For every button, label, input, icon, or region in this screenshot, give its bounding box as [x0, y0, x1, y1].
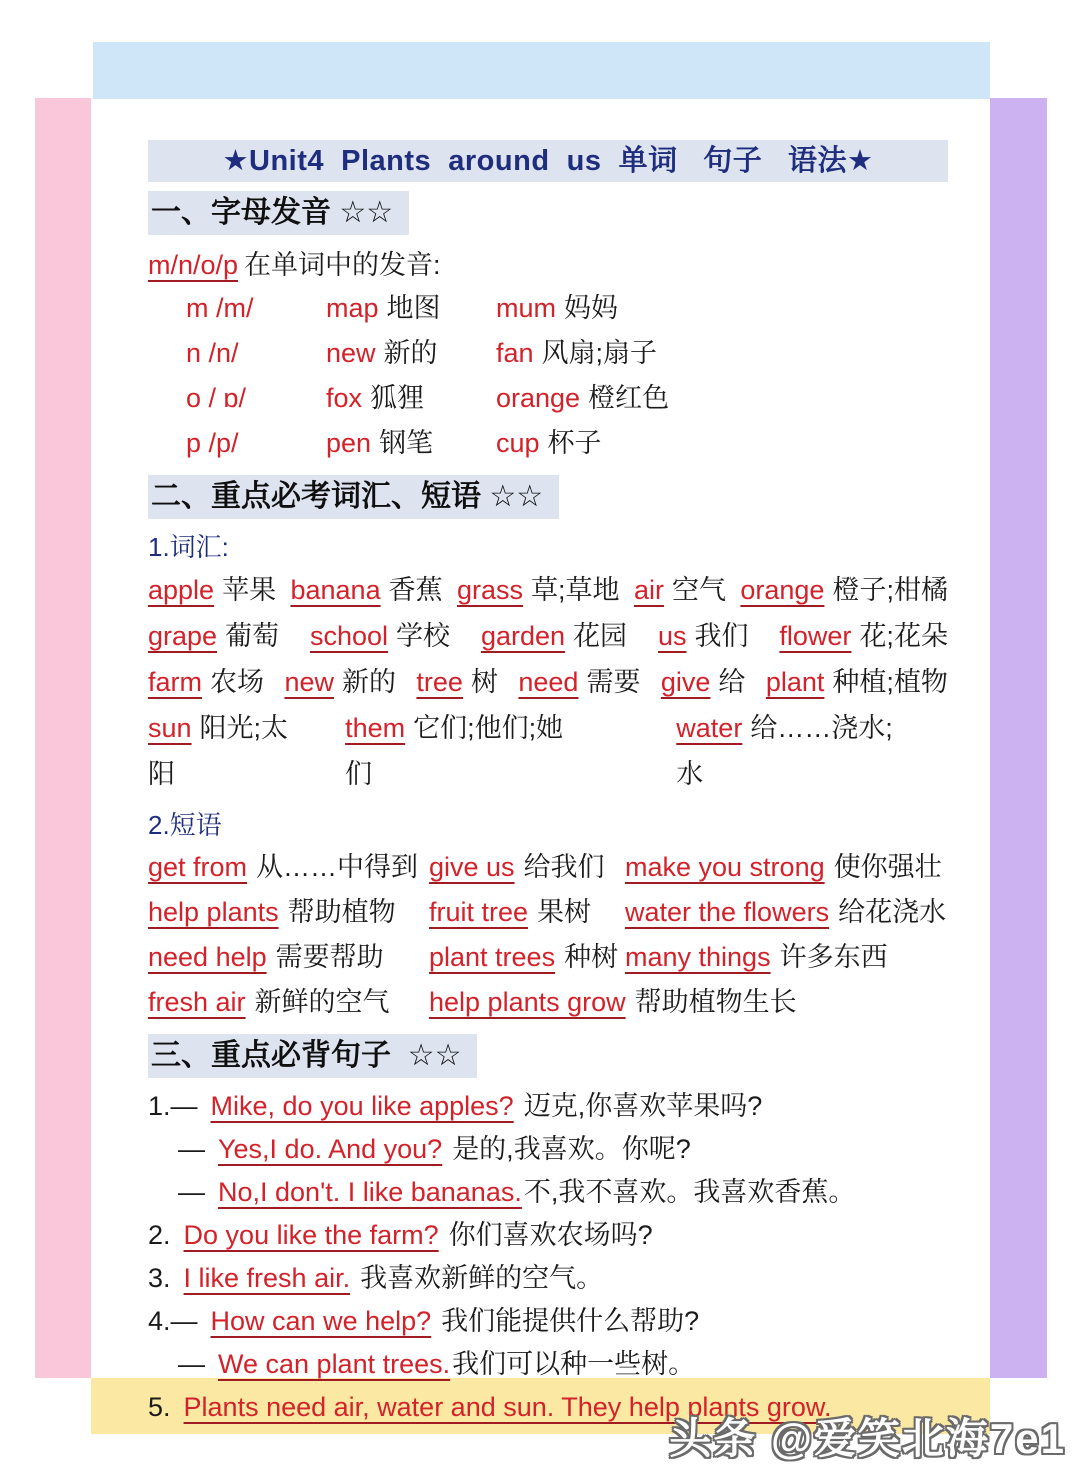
- word-en: air: [634, 575, 664, 605]
- word-en: fox: [326, 383, 362, 413]
- word-zh: 农场: [210, 667, 264, 697]
- word-en: map: [326, 293, 379, 323]
- phrase-en: give us: [429, 852, 515, 882]
- word-pair: water给……浇水;水: [676, 705, 914, 797]
- phoneme-label: o / ɒ/: [186, 376, 326, 421]
- word-pair: map地图: [326, 286, 496, 331]
- phrase-en: make you strong: [625, 852, 825, 882]
- phrase-en: help plants grow: [429, 987, 626, 1017]
- word-pair: orange橙子;柑橘: [740, 567, 948, 613]
- phrase-zh: 给花浇水: [838, 897, 946, 927]
- sentence-en: Do you like the farm?: [184, 1220, 439, 1250]
- word-pair: grass草;草地: [457, 567, 620, 613]
- phrase-pair: water the flowers给花浇水: [625, 890, 946, 935]
- phoneme-row: p /p/ pen钢笔 cup杯子: [148, 421, 948, 466]
- phrase-zh: 需要帮助: [276, 942, 384, 972]
- sentence-line: 3.I like fresh air.我喜欢新鲜的空气。: [148, 1257, 948, 1300]
- word-en: school: [310, 621, 388, 651]
- vocab-label: 1.词汇:: [148, 527, 948, 567]
- frame-bar-left: [35, 98, 91, 1378]
- phrase-pair: make you strong使你强壮: [625, 845, 942, 890]
- word-en: pen: [326, 428, 371, 458]
- phrase-pair: help plants grow帮助植物生长: [429, 980, 797, 1025]
- word-en: sun: [148, 713, 192, 743]
- sentence-zh: 我们可以种一些树。: [452, 1349, 695, 1379]
- sentence-zh: 迈克,你喜欢苹果吗?: [524, 1091, 763, 1121]
- word-zh: 花园: [573, 621, 627, 651]
- phrase-zh: 给我们: [524, 852, 605, 882]
- phrase-en: many things: [625, 942, 771, 972]
- word-en: flower: [779, 621, 851, 651]
- word-zh: 狐狸: [370, 383, 424, 413]
- phoneme-row: o / ɒ/ fox狐狸 orange橙红色: [148, 376, 948, 421]
- phonics-intro-letters: m/n/o/p: [148, 250, 238, 280]
- sentence-en: Mike, do you like apples?: [211, 1091, 514, 1121]
- phoneme-label: p /p/: [186, 421, 326, 466]
- sentence-dash: —: [178, 1177, 205, 1207]
- sentence-line: 4.—How can we help?我们能提供什么帮助?: [148, 1300, 948, 1343]
- word-pair: grape葡萄: [148, 613, 279, 659]
- word-pair: tree树: [416, 659, 498, 705]
- word-en: garden: [481, 621, 565, 651]
- word-pair: cup杯子: [496, 421, 602, 466]
- sentence-dash: —: [178, 1134, 205, 1164]
- watermark: 头条 @爱笑北海7e1: [669, 1406, 1066, 1466]
- sentence-number: 2.: [148, 1220, 171, 1250]
- word-zh: 杯子: [548, 428, 602, 458]
- section3-heading: 三、重点必背句子 ☆☆: [148, 1034, 477, 1078]
- word-pair: banana香蕉: [290, 567, 442, 613]
- word-pair: us我们: [658, 613, 749, 659]
- word-zh: 给: [718, 667, 745, 697]
- sentence-line: —Yes,I do. And you?是的,我喜欢。你呢?: [178, 1128, 948, 1171]
- word-pair: give给: [661, 659, 746, 705]
- phonics-intro: m/n/o/p在单词中的发音:: [148, 244, 948, 286]
- phrase-pair: many things许多东西: [625, 935, 888, 980]
- word-zh: 苹果: [222, 575, 276, 605]
- word-en: us: [658, 621, 687, 651]
- word-pair: need需要: [518, 659, 640, 705]
- word-zh: 橙红色: [588, 383, 669, 413]
- sentence-zh: 我们能提供什么帮助?: [441, 1306, 699, 1336]
- word-en: orange: [496, 383, 580, 413]
- sentence-line: 1.—Mike, do you like apples?迈克,你喜欢苹果吗?: [148, 1085, 948, 1128]
- sentence-en: No,I don't. I like bananas.: [218, 1177, 522, 1207]
- word-en: plant: [766, 667, 825, 697]
- word-zh: 钢笔: [379, 428, 433, 458]
- word-zh: 空气: [672, 575, 726, 605]
- phrase-row: help plants帮助植物 fruit tree果树 water the f…: [148, 890, 948, 935]
- phrase-zh: 帮助植物生长: [635, 987, 797, 1017]
- sentence-number: 4.—: [148, 1306, 198, 1336]
- word-en: orange: [740, 575, 824, 605]
- word-en: new: [326, 338, 376, 368]
- sentence-en: We can plant trees.: [218, 1349, 450, 1379]
- word-pair: pen钢笔: [326, 421, 496, 466]
- section1-heading: 一、字母发音 ☆☆: [148, 191, 409, 235]
- frame-bar-right: [990, 98, 1047, 1378]
- word-pair: garden花园: [481, 613, 627, 659]
- phrase-zh: 使你强壮: [834, 852, 942, 882]
- phrase-row: fresh air新鲜的空气 help plants grow帮助植物生长: [148, 980, 948, 1025]
- word-pair: plant种植;植物: [766, 659, 948, 705]
- phrase-zh: 从……中得到: [256, 852, 418, 882]
- word-zh: 橙子;柑橘: [832, 575, 948, 605]
- phrase-label: 2.短语: [148, 805, 948, 845]
- word-pair: fan风扇;扇子: [496, 331, 657, 376]
- word-zh: 妈妈: [564, 293, 618, 323]
- phoneme-label: n /n/: [186, 331, 326, 376]
- word-pair: apple苹果: [148, 567, 276, 613]
- sentence-line: 2.Do you like the farm?你们喜欢农场吗?: [148, 1214, 948, 1257]
- sentence-zh: 不,我不喜欢。我喜欢香蕉。: [524, 1177, 856, 1207]
- word-en: tree: [416, 667, 463, 697]
- vocab-row: sun阳光;太阳 them它们;他们;她们 water给……浇水;水: [148, 705, 948, 797]
- phrase-en: help plants: [148, 897, 279, 927]
- phrase-zh: 许多东西: [780, 942, 888, 972]
- word-en: cup: [496, 428, 540, 458]
- frame-bar-top: [93, 42, 990, 99]
- phrase-en: fruit tree: [429, 897, 528, 927]
- phoneme-row: m /m/ map地图 mum妈妈: [148, 286, 948, 331]
- phrase-pair: give us给我们: [429, 845, 625, 890]
- vocab-row: grape葡萄 school学校 garden花园 us我们 flower花;花…: [148, 613, 948, 659]
- word-en: new: [284, 667, 334, 697]
- phrase-pair: help plants帮助植物: [148, 890, 429, 935]
- word-pair: them它们;他们;她们: [345, 705, 584, 797]
- sentence-en: Yes,I do. And you?: [218, 1134, 442, 1164]
- word-zh: 花;花朵: [859, 621, 948, 651]
- phrase-row: get from从……中得到 give us给我们 make you stron…: [148, 845, 948, 890]
- word-zh: 树: [471, 667, 498, 697]
- phonics-intro-text: 在单词中的发音:: [244, 250, 441, 280]
- phrase-zh: 新鲜的空气: [255, 987, 390, 1017]
- word-en: banana: [290, 575, 380, 605]
- phrase-zh: 种树: [564, 942, 618, 972]
- word-en: grape: [148, 621, 217, 651]
- phrase-en: fresh air: [148, 987, 246, 1017]
- word-pair: mum妈妈: [496, 286, 618, 331]
- word-zh: 地图: [387, 293, 441, 323]
- sentence-number: 1.—: [148, 1091, 198, 1121]
- word-en: mum: [496, 293, 556, 323]
- word-pair: orange橙红色: [496, 376, 669, 421]
- word-zh: 香蕉: [389, 575, 443, 605]
- word-zh: 葡萄: [225, 621, 279, 651]
- word-en: fan: [496, 338, 534, 368]
- vocab-row: apple苹果 banana香蕉 grass草;草地 air空气 orange橙…: [148, 567, 948, 613]
- word-pair: new新的: [326, 331, 496, 376]
- word-zh: 我们: [694, 621, 748, 651]
- phrase-pair: get from从……中得到: [148, 845, 429, 890]
- phrase-en: need help: [148, 942, 267, 972]
- phoneme-label: m /m/: [186, 286, 326, 331]
- page-title: ★Unit4 Plants around us 单词 句子 语法★: [148, 140, 948, 182]
- word-zh: 学校: [396, 621, 450, 651]
- phrase-row: need help需要帮助 plant trees种树 many things许…: [148, 935, 948, 980]
- word-en: give: [661, 667, 711, 697]
- word-en: farm: [148, 667, 202, 697]
- sentence-dash: —: [178, 1349, 205, 1379]
- sentence-list: 1.—Mike, do you like apples?迈克,你喜欢苹果吗? —…: [148, 1085, 948, 1429]
- sentence-number: 5.: [148, 1392, 171, 1422]
- word-zh: 种植;植物: [832, 667, 948, 697]
- word-en: them: [345, 713, 405, 743]
- vocab-row: farm农场 new新的 tree树 need需要 give给 plant种植;…: [148, 659, 948, 705]
- word-en: grass: [457, 575, 523, 605]
- sentence-en: How can we help?: [211, 1306, 432, 1336]
- phrase-pair: plant trees种树: [429, 935, 625, 980]
- sentence-zh: 我喜欢新鲜的空气。: [360, 1263, 603, 1293]
- phrase-zh: 帮助植物: [288, 897, 396, 927]
- phrase-pair: fresh air新鲜的空气: [148, 980, 429, 1025]
- word-pair: air空气: [634, 567, 726, 613]
- word-pair: farm农场: [148, 659, 264, 705]
- word-pair: flower花;花朵: [779, 613, 948, 659]
- word-en: need: [518, 667, 578, 697]
- word-pair: sun阳光;太阳: [148, 705, 311, 797]
- sentence-zh: 你们喜欢农场吗?: [449, 1220, 653, 1250]
- sentence-line: —We can plant trees.我们可以种一些树。: [178, 1343, 948, 1386]
- word-zh: 新的: [342, 667, 396, 697]
- sentence-zh: 是的,我喜欢。你呢?: [452, 1134, 691, 1164]
- word-zh: 新的: [384, 338, 438, 368]
- phrase-en: plant trees: [429, 942, 555, 972]
- document-content: ★Unit4 Plants around us 单词 句子 语法★ 一、字母发音…: [148, 140, 948, 1429]
- phoneme-row: n /n/ new新的 fan风扇;扇子: [148, 331, 948, 376]
- phrase-zh: 果树: [537, 897, 591, 927]
- phrase-pair: need help需要帮助: [148, 935, 429, 980]
- sentence-number: 3.: [148, 1263, 171, 1293]
- sentence-en: I like fresh air.: [184, 1263, 351, 1293]
- phrase-en: get from: [148, 852, 247, 882]
- word-zh: 风扇;扇子: [542, 338, 658, 368]
- word-pair: new新的: [284, 659, 396, 705]
- sentence-line: —No,I don't. I like bananas.不,我不喜欢。我喜欢香蕉…: [178, 1171, 948, 1214]
- section2-heading: 二、重点必考词汇、短语 ☆☆: [148, 475, 559, 519]
- word-zh: 需要: [586, 667, 640, 697]
- phrase-pair: fruit tree果树: [429, 890, 625, 935]
- word-en: apple: [148, 575, 214, 605]
- word-pair: school学校: [310, 613, 450, 659]
- word-pair: fox狐狸: [326, 376, 496, 421]
- word-zh: 草;草地: [531, 575, 620, 605]
- word-en: water: [676, 713, 742, 743]
- phrase-en: water the flowers: [625, 897, 829, 927]
